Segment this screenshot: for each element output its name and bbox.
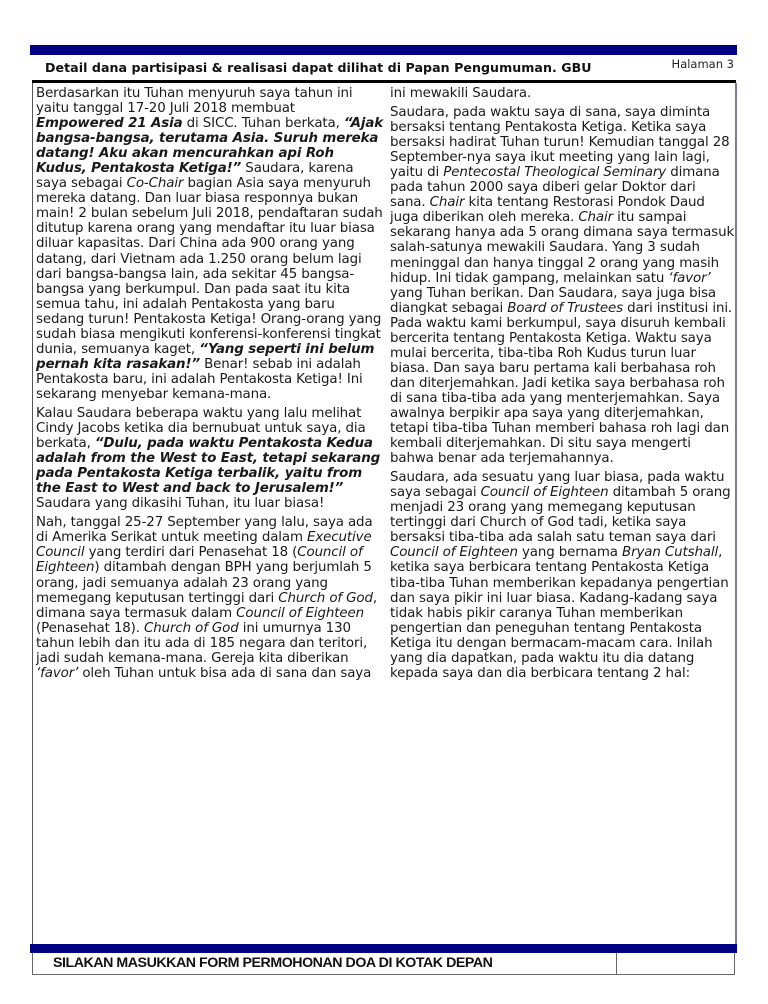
emphasis-segment: Council of Eighteen <box>390 545 518 560</box>
paragraph: Nah, tanggal 25-27 September yang lalu, … <box>36 515 386 681</box>
emphasis-segment: Chair <box>430 195 465 210</box>
right-column: ini mewakili Saudara.Saudara, pada waktu… <box>390 86 735 685</box>
emphasis-segment: Co-Chair <box>127 176 184 191</box>
left-column: Berdasarkan itu Tuhan menyuruh saya tahu… <box>36 86 386 685</box>
emphasis-segment: ‘favor’ <box>36 666 78 681</box>
text-segment: di SICC. Tuhan berkata, <box>183 116 344 131</box>
footer-notice: SILAKAN MASUKKAN FORM PERMOHONAN DOA DI … <box>53 955 492 971</box>
text-segment: yang terdiri dari Penasehat 18 ( <box>84 545 297 560</box>
text-segment: (Penasehat 18). <box>36 621 144 636</box>
emphasis-segment: Council of Eighteen <box>481 485 609 500</box>
paragraph: ini mewakili Saudara. <box>390 86 735 101</box>
page-header: Detail dana partisipasi & realisasi dapa… <box>32 57 736 79</box>
header-title: Detail dana partisipasi & realisasi dapa… <box>45 60 592 75</box>
text-segment: bagian Asia saya menyuruh mereka datang.… <box>36 176 383 357</box>
text-segment: ini mewakili Saudara. <box>390 86 531 101</box>
footer-banner: SILAKAN MASUKKAN FORM PERMOHONAN DOA DI … <box>32 953 735 975</box>
article-body: Berdasarkan itu Tuhan menyuruh saya tahu… <box>32 83 737 944</box>
text-segment: oleh Tuhan untuk bisa ada di sana dan sa… <box>78 666 371 681</box>
text-segment: , ketika saya berbicara tentang Pentakos… <box>390 545 729 680</box>
emphasis-segment: Board of Trustees <box>507 301 623 316</box>
paragraph: Saudara, pada waktu saya di sana, saya d… <box>390 105 735 466</box>
emphasis-segment: Empowered 21 Asia <box>36 116 183 131</box>
emphasis-segment: ‘favor’ <box>668 271 710 286</box>
bottom-accent-bar <box>30 944 737 953</box>
emphasis-segment: Council of Eighteen <box>236 606 364 621</box>
page-number: Halaman 3 <box>672 57 734 71</box>
paragraph: Saudara, ada sesuatu yang luar biasa, pa… <box>390 470 735 681</box>
emphasis-segment: Chair <box>578 210 613 225</box>
emphasis-segment: Bryan Cutshall <box>622 545 718 560</box>
text-segment: yang bernama <box>518 545 622 560</box>
emphasis-segment: Church of God <box>144 621 239 636</box>
text-segment: Berdasarkan itu Tuhan menyuruh saya tahu… <box>36 86 353 116</box>
text-segment: Saudara yang dikasihi Tuhan, itu luar bi… <box>36 496 324 511</box>
emphasis-segment: Church of God <box>278 591 373 606</box>
footer-empty-cell <box>616 953 736 974</box>
text-segment: dari institusi ini. Pada waktu kami berk… <box>390 301 732 466</box>
emphasis-segment: Pentecostal Theological Seminary <box>443 165 666 180</box>
paragraph: Kalau Saudara beberapa waktu yang lalu m… <box>36 406 386 511</box>
paragraph: Berdasarkan itu Tuhan menyuruh saya tahu… <box>36 86 386 402</box>
top-accent-bar <box>30 45 737 55</box>
